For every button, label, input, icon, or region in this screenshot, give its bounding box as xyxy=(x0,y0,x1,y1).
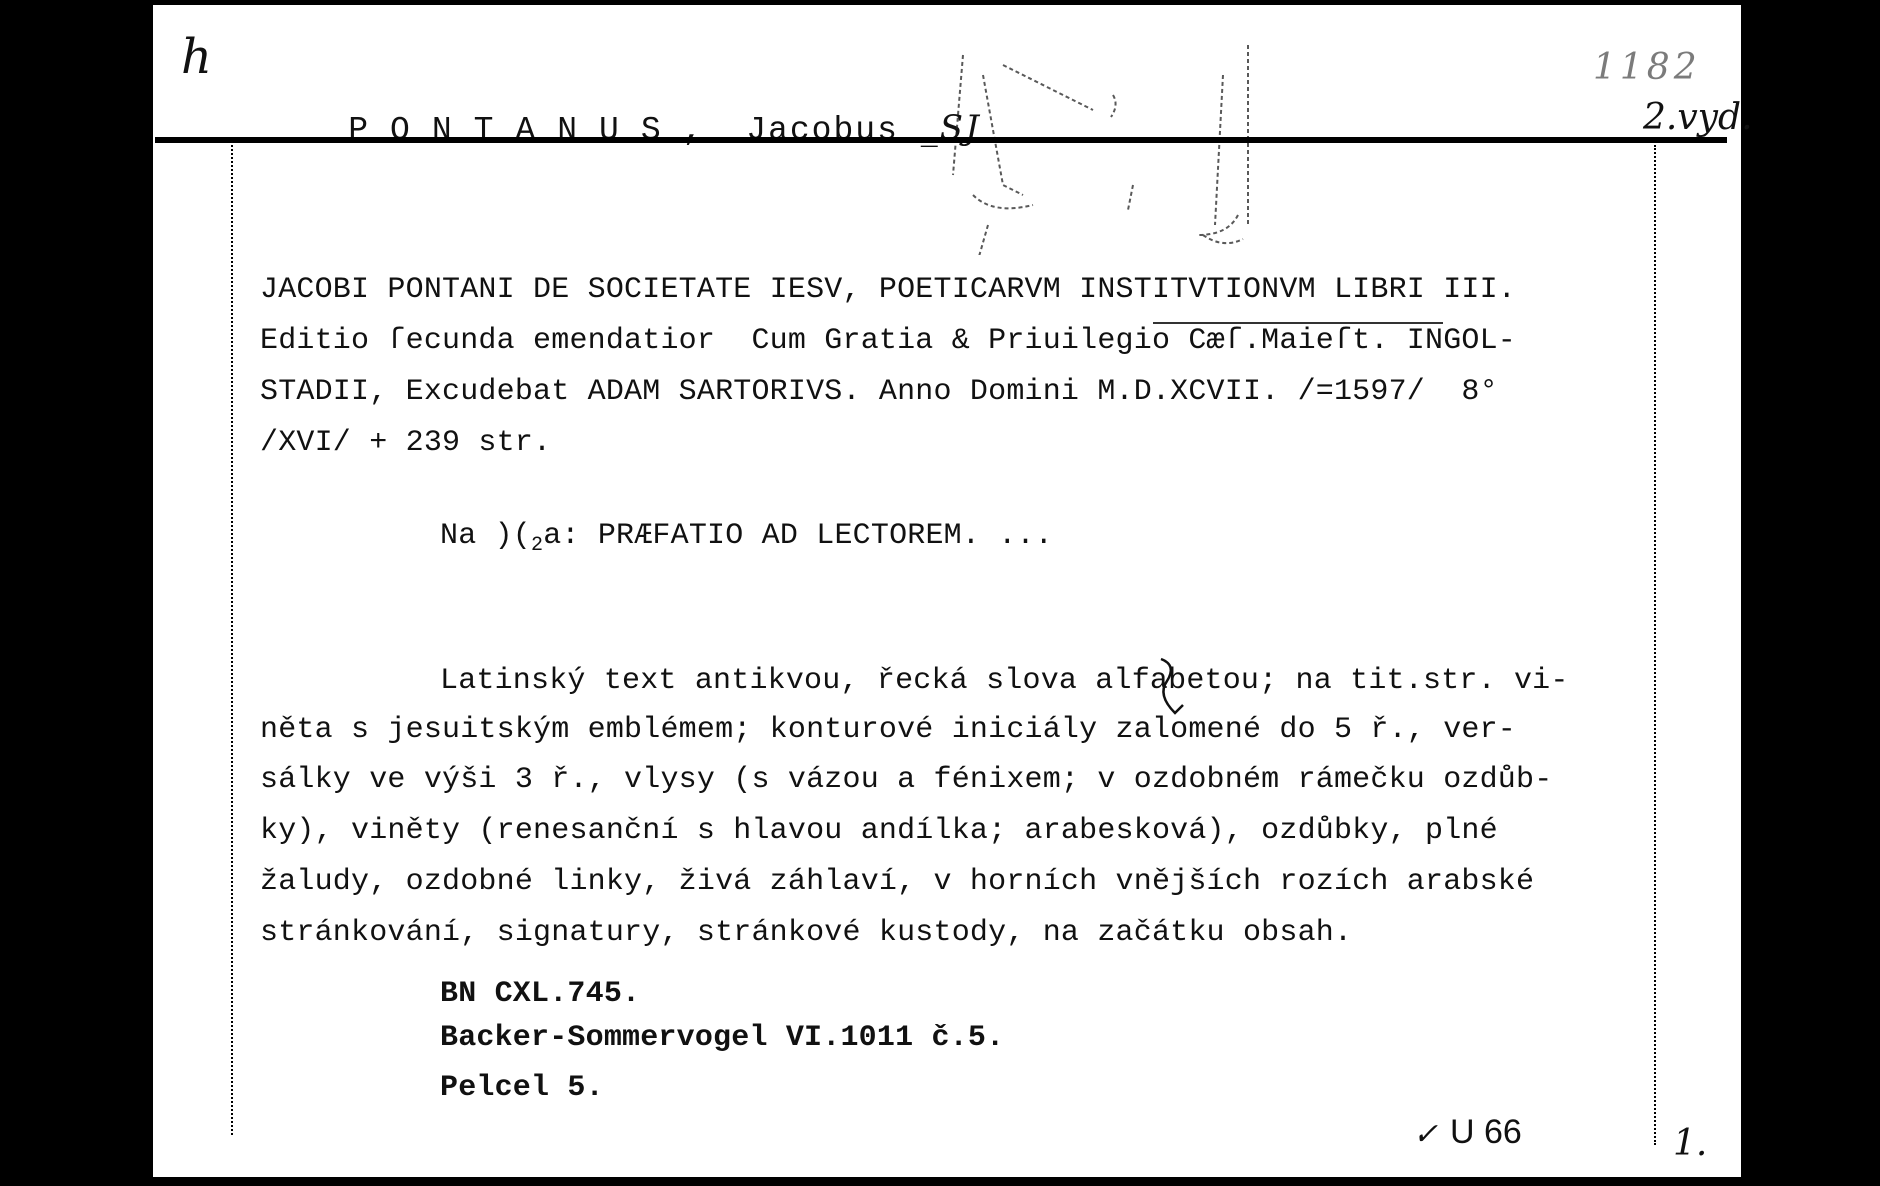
title-line-2: Editio ſecunda emendatior Cum Gratia & P… xyxy=(260,324,1516,358)
catalog-card: h PONTANUS, Jacobus _SJ 1182 2.vyd. JACO… xyxy=(153,5,1741,1177)
card-heading: PONTANUS, Jacobus _SJ xyxy=(261,71,981,186)
preface-text: a: PRÆFATIO AD LECTOREM. ... xyxy=(543,519,1053,553)
left-margin-line xyxy=(231,145,233,1135)
reference-bn: BN CXL.745. xyxy=(440,977,640,1011)
handwritten-edition-note: 2.vyd. xyxy=(1643,97,1753,138)
description-line-6: stránkování, signatury, stránkové kustod… xyxy=(260,916,1352,950)
heading-given-name: Jacobus xyxy=(746,112,899,149)
corner-handwritten-mark: h xyxy=(181,29,212,85)
preface-prefix: Na )( xyxy=(440,519,531,553)
shelfmark: U 66 xyxy=(1450,1113,1522,1152)
preface-line: Na )(2a: PRÆFATIO AD LECTOREM. ... xyxy=(440,519,1053,557)
title-line-1: JACOBI PONTANI DE SOCIETATE IESV, POETIC… xyxy=(260,273,1516,307)
right-margin-line xyxy=(1654,145,1656,1145)
preface-subscript: 2 xyxy=(531,534,543,557)
card-number: 1. xyxy=(1673,1123,1707,1164)
description-line-2: něta s jesuitským emblémem; konturové in… xyxy=(260,713,1516,747)
description-line-4: ky), viněty (renesanční s hlavou andílka… xyxy=(260,814,1498,848)
description-line-1: Latinský text antikvou, řecká slova alfa… xyxy=(440,664,1569,698)
title-line-4: /XVI/ + 239 str. xyxy=(260,426,551,460)
handwritten-correction-mark xyxy=(1153,655,1193,725)
description-line-5: žaludy, ozdobné linky, živá záhlaví, v h… xyxy=(260,865,1534,899)
heading-rule xyxy=(155,137,1727,143)
faint-scribble-marks xyxy=(943,35,1323,255)
description-line-3: sálky ve výši 3 ř., vlysy (s vázou a fén… xyxy=(260,763,1552,797)
title-line-3: STADII, Excudebat ADAM SARTORIVS. Anno D… xyxy=(260,375,1498,409)
handwritten-number: 1182 xyxy=(1593,47,1701,88)
check-mark: ✓ xyxy=(1413,1117,1438,1152)
reference-pelcel: Pelcel 5. xyxy=(440,1071,604,1105)
heading-surname: PONTANUS, xyxy=(348,112,724,149)
reference-backer-sommervogel: Backer-Sommervogel VI.1011 č.5. xyxy=(440,1021,1004,1055)
